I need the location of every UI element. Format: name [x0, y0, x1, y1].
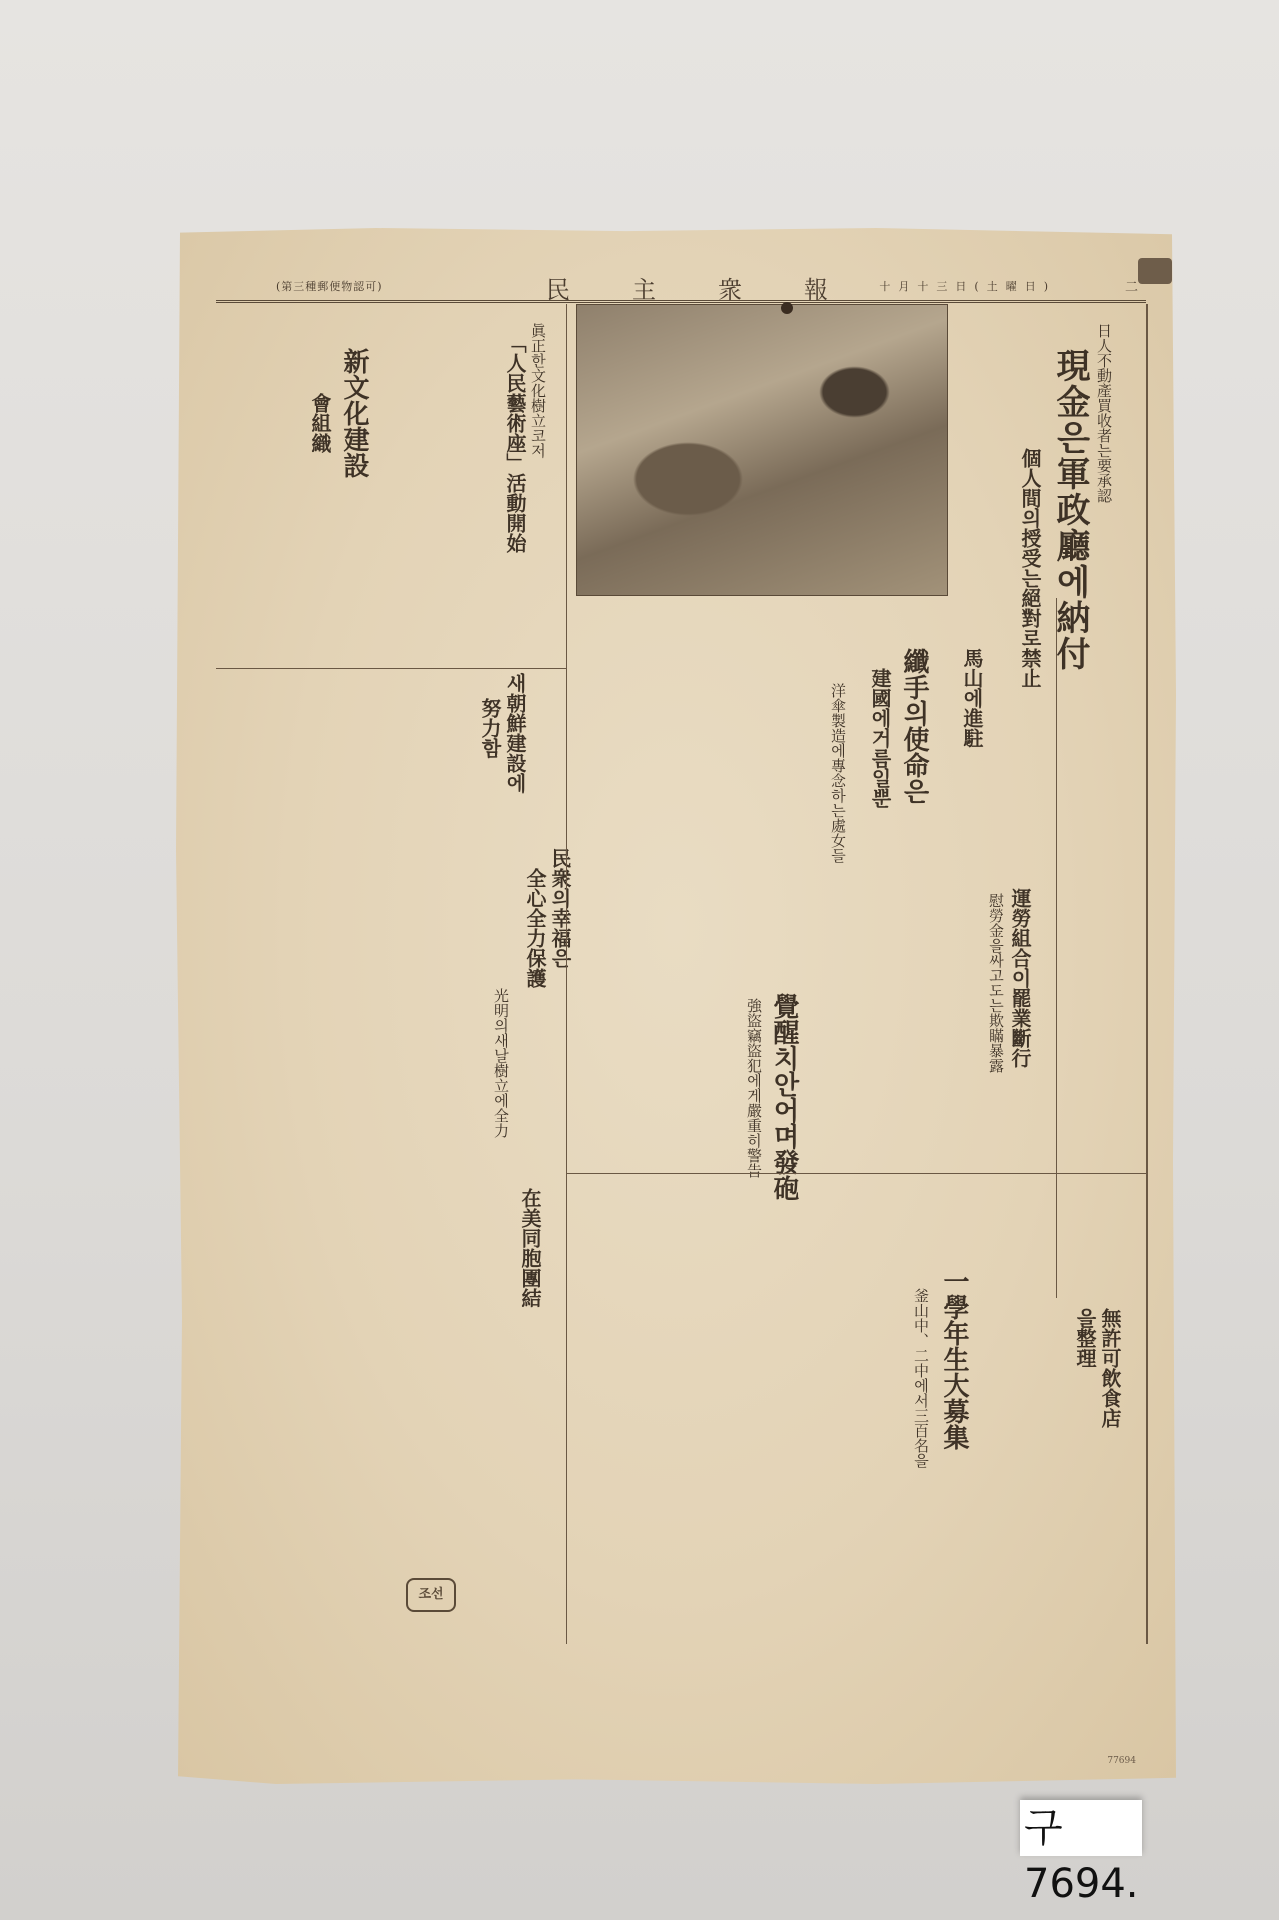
column-rule: [1056, 598, 1057, 1298]
masthead: (第三種郵便物認可) 民主衆報 十月十三日(土曜日) 二: [216, 270, 1146, 303]
news-photo: [576, 304, 948, 596]
newspaper-title: 民主衆報: [546, 270, 890, 305]
headline-school-recruit: 一學年生大募集: [936, 1268, 973, 1450]
subhead-school-recruit: 釜山中、二中에서三百名을: [911, 1288, 932, 1468]
subhead-new-culture: 會組織: [306, 393, 335, 453]
subhead-labor-union: 慰勞金을싸고도는欺瞞暴露: [986, 893, 1007, 1073]
headline-new-culture: 新文化建設: [336, 348, 373, 478]
headline-overseas: 在美同胞團結: [516, 1188, 545, 1308]
catalog-label: 구7694.: [1020, 1800, 1142, 1856]
kicker-culture: 眞正한文化樹立코저: [528, 323, 549, 458]
kicker-umbrella: 洋傘製造에專念하는處女들: [828, 683, 849, 863]
headline-masan: 馬山에進駐: [958, 648, 987, 748]
subhead-restaurants: 을整理: [1071, 1308, 1100, 1368]
headline-culture: 「人民藝術座」活動開始: [501, 333, 530, 553]
subhead-umbrella: 建國에거름일뿐: [866, 668, 895, 808]
headline-restaurants: 無許可飲食店: [1096, 1308, 1125, 1428]
archive-number: 77694: [1107, 1756, 1136, 1766]
stamp-box: 조선: [406, 1578, 456, 1612]
issue-date: 十月十三日(土曜日): [879, 278, 1056, 294]
headline-umbrella: 纖手의使命은: [896, 648, 933, 804]
headline-real-estate: 現金은軍政廳에納付: [1046, 348, 1095, 672]
section-rule: [216, 668, 566, 669]
headline-people-happiness: 民衆의幸福은: [546, 848, 575, 968]
headline-new-korea: 새朝鮮建設에: [501, 673, 530, 793]
headline-gunfire: 覺醒치안어며發砲: [766, 993, 803, 1201]
edge-rule: [1146, 304, 1148, 1644]
subhead-real-estate: 個人間의授受는絕對로禁止: [1016, 448, 1045, 688]
subhead-gunfire: 強盜竊盜犯에게嚴重히警告: [744, 998, 765, 1178]
headline-bright-day: 光明의새날樹立에全力: [491, 988, 512, 1138]
column-rule: [566, 304, 567, 1644]
paper-hole: [781, 302, 793, 314]
mail-notice: (第三種郵便物認可): [276, 278, 383, 294]
page-number: 二: [1125, 276, 1138, 295]
subhead-new-korea: 努力함: [476, 698, 505, 758]
headline-labor-union: 運勞組合이罷業斷行: [1006, 888, 1035, 1068]
section-rule: [566, 1173, 1146, 1174]
headline-kicker-real-estate: 日人不動產買收者는要承認: [1094, 323, 1115, 503]
subhead-people-happiness: 全心全力保護: [521, 868, 550, 988]
corner-tab: [1138, 258, 1172, 284]
newspaper-page: (第三種郵便物認可) 民主衆報 十月十三日(土曜日) 二 日人不動產買收者는要承…: [176, 228, 1176, 1784]
